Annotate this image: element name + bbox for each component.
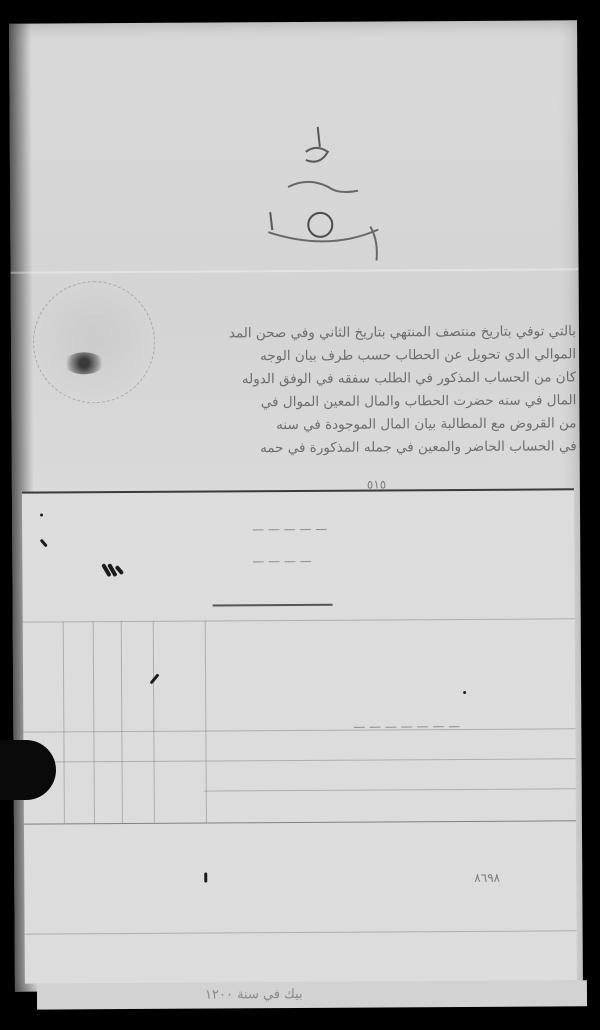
signature-text: بيك في سنة ١٢٠٠ bbox=[205, 987, 303, 1003]
ledger-row-mark: — — — — — bbox=[252, 522, 327, 536]
ledger-rule bbox=[24, 820, 576, 824]
body-line: من القروض مع المطالبة بيان المال الموجود… bbox=[166, 412, 576, 438]
ledger-rule bbox=[25, 930, 577, 934]
ledger-rule bbox=[23, 728, 575, 732]
ink-mark bbox=[204, 873, 207, 883]
body-line: بالتي توفي بتاريخ منتصف المنتهي بتاريخ ا… bbox=[166, 320, 576, 346]
seal-stamp bbox=[33, 281, 156, 404]
ink-dot bbox=[40, 514, 43, 517]
bottom-strip bbox=[37, 980, 587, 1009]
ledger-rule bbox=[24, 758, 576, 762]
ink-mark bbox=[40, 539, 48, 548]
ink-dot bbox=[463, 691, 466, 694]
tughra-monogram: سلطان bbox=[248, 116, 389, 267]
underline-mark bbox=[213, 604, 333, 607]
ledger-row-mark: — — — — — — — bbox=[353, 719, 460, 734]
paper-fold bbox=[11, 268, 579, 273]
body-line: الموالي الدي تحويل عن الحطاب حسب طرف بيا… bbox=[166, 343, 576, 369]
ledger-column-rule bbox=[93, 621, 95, 823]
body-text-block: بالتي توفي بتاريخ منتصف المنتهي بتاريخ ا… bbox=[166, 320, 577, 461]
ledger-sheet: — — — — — — — — — — — — — — — — ٨٦٩٨ bbox=[22, 488, 577, 983]
ledger-rule bbox=[204, 788, 576, 791]
seal-ink-blot bbox=[64, 352, 104, 374]
ink-mark bbox=[150, 673, 160, 684]
body-line: المال في سنه حضرت الحطاب والمال المعين ا… bbox=[166, 389, 576, 415]
body-line: في الحساب الحاضر والمعين في جمله المذكور… bbox=[167, 435, 577, 461]
ledger-column-rule bbox=[63, 621, 65, 823]
ledger-rule bbox=[23, 618, 575, 622]
ledger-column-rule bbox=[121, 621, 123, 823]
document-page: سلطان بالتي توفي بتاريخ منتصف المنتهي بت… bbox=[9, 20, 583, 991]
body-line: كان من الحساب المذكور في الطلب سفقه في ا… bbox=[166, 366, 576, 392]
ledger-column-rule bbox=[205, 621, 207, 823]
ledger-row-mark: — — — — bbox=[252, 554, 312, 568]
ledger-right-note: ٨٦٩٨ bbox=[474, 871, 500, 885]
tughra-icon bbox=[248, 116, 389, 267]
ledger-column-rule bbox=[153, 621, 155, 823]
